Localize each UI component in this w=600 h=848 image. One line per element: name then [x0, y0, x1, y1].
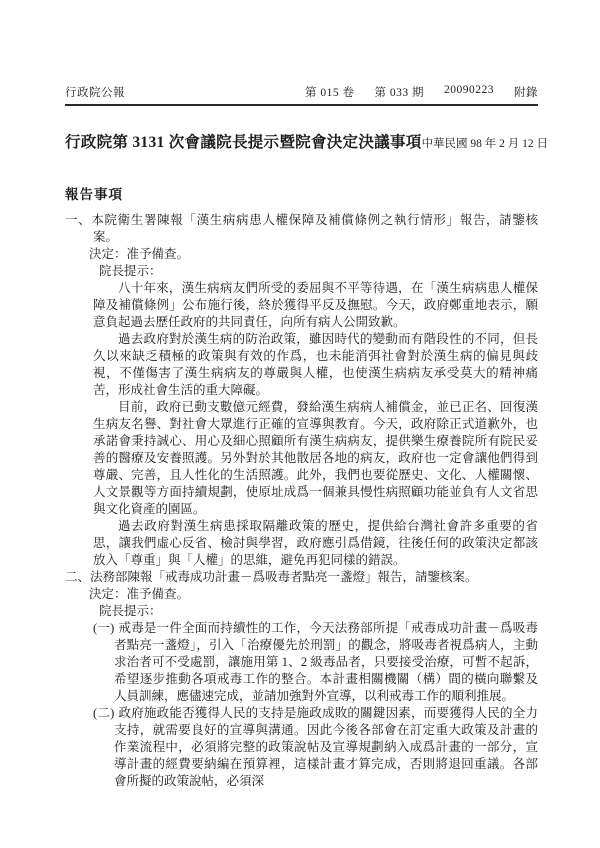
issue-date-code: 20090223 — [444, 84, 494, 100]
item-1-paragraph-1: 八十年來，漢生病病友們所受的委屈與不平等待遇，在「漢生病病患人權保障及補償條例」… — [93, 280, 538, 331]
gazette-page: 行政院公報 第 015 卷 第 033 期 20090223 附錄 行政院第 3… — [0, 0, 600, 848]
item-2-subject: 法務部陳報「戒毒成功計畫－爲吸毒者點亮一盞燈」報告，請鑒核案。 — [90, 570, 478, 584]
item-1-paragraph-4: 過去政府對漢生病患採取隔離政策的歷史，提供給台灣社會許多重要的省思，讓我們虛心反… — [93, 518, 538, 569]
title-row: 行政院第 3131 次會議院長提示暨院會決定決議事項 中華民國 98 年 2 月… — [65, 130, 538, 152]
masthead-divider — [65, 104, 538, 106]
item-2-point-1-text: 戒毒是一件全面而持續性的工作，今天法務部所提「戒毒成功計畫－爲吸毒者點亮一盞燈」… — [114, 621, 538, 703]
item-1-decision: 決定：准予備查。 — [89, 246, 538, 263]
item-1-subject-line: 一、本院衛生署陳報「漢生病病患人權保障及補償條例之執行情形」報告，請鑒核案。 — [65, 212, 538, 246]
section-heading: 報告事項 — [65, 183, 538, 203]
item-2-point-1: (一)戒毒是一件全面而持續性的工作，今天法務部所提「戒毒成功計畫－爲吸毒者點亮一… — [114, 620, 538, 705]
item-1-number: 一、 — [65, 213, 91, 227]
item-2-point-2-label: (二) — [93, 706, 114, 720]
appendix-label: 附錄 — [514, 84, 538, 100]
item-1-paragraph-3: 目前，政府已動支數億元經費，發給漢生病病人補償金，並已正名、回復漢生病友名譽、對… — [93, 399, 538, 518]
publication-name: 行政院公報 — [65, 84, 125, 100]
document-body: 一、本院衛生署陳報「漢生病病患人權保障及補償條例之執行情形」報告，請鑒核案。 決… — [65, 212, 538, 790]
item-1-paragraph-2: 過去政府對於漢生病的防治政策，雖因時代的變動而有階段性的不同，但長久以來缺乏積極… — [93, 331, 538, 399]
volume-number: 第 015 卷 — [305, 84, 355, 100]
item-2-subject-line: 二、法務部陳報「戒毒成功計畫－爲吸毒者點亮一盞燈」報告，請鑒核案。 — [65, 569, 538, 586]
masthead-issue-info: 第 015 卷 第 033 期 20090223 附錄 — [305, 84, 538, 100]
item-2-decision: 決定：准予備查。 — [89, 586, 538, 603]
item-2-point-1-label: (一) — [93, 621, 114, 635]
item-2-point-2: (二)政府施政能否獲得人民的支持是施政成敗的關鍵因素，而要獲得人民的全力支持，就… — [114, 705, 538, 790]
item-1-subject: 本院衛生署陳報「漢生病病患人權保障及補償條例之執行情形」報告，請鑒核案。 — [91, 213, 538, 244]
masthead: 行政院公報 第 015 卷 第 033 期 20090223 附錄 — [65, 84, 538, 100]
item-2-number: 二、 — [65, 570, 90, 584]
item-1-directive-label: 院長提示： — [99, 263, 538, 280]
document-date: 中華民國 98 年 2 月 12 日 — [422, 135, 549, 151]
issue-number: 第 033 期 — [375, 84, 425, 100]
item-2-directive-label: 院長提示： — [99, 603, 538, 620]
item-2-point-2-text: 政府施政能否獲得人民的支持是施政成敗的關鍵因素，而要獲得人民的全力支持，就需要良… — [114, 706, 538, 788]
document-title: 行政院第 3131 次會議院長提示暨院會決定決議事項 — [65, 130, 422, 152]
